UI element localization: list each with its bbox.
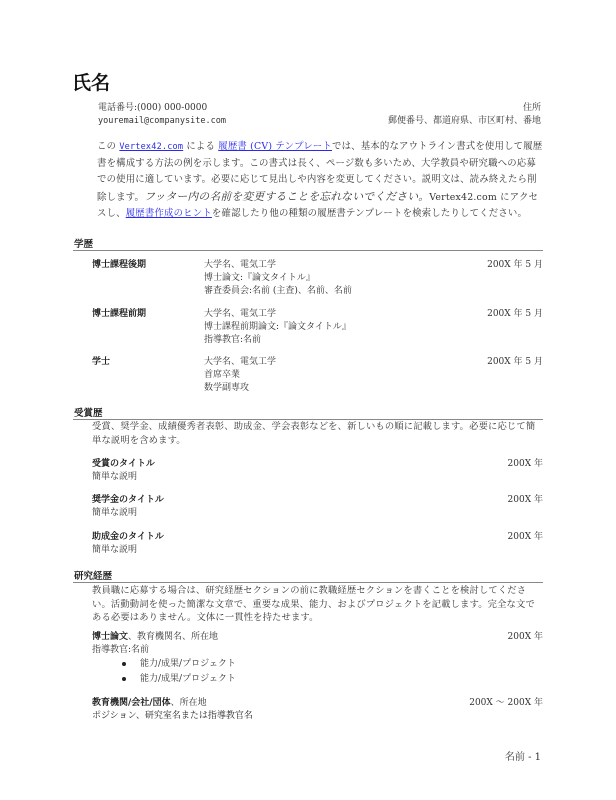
degree-label: 博士課程後期 bbox=[92, 259, 146, 272]
award-title: 奨学金のタイトル bbox=[92, 494, 543, 507]
contact-right: 住所 郵便番号、都道府県、市区町村、番地 bbox=[388, 102, 541, 128]
section-title-awards: 受賞歴 bbox=[74, 405, 103, 419]
award-item: 受賞のタイトル 簡単な説明 200X 年 bbox=[92, 458, 543, 484]
intro-italic-note: フッター内の名前を変更することを忘れないでください。 bbox=[144, 190, 429, 203]
award-date: 200X 年 bbox=[508, 494, 543, 507]
degree-date: 200X 年 5 月 bbox=[487, 308, 543, 321]
section-rule bbox=[73, 582, 543, 583]
research-advisor: 指導教官:名前 bbox=[92, 644, 543, 657]
degree-details: 大学名、電気工学 首席卒業 数学副専攻 bbox=[204, 356, 276, 395]
degree-details: 大学名、電気工学 博士課程前期論文:『論文タイトル』 指導教官:名前 bbox=[204, 308, 351, 347]
detail-line: 博士論文:『論文タイトル』 bbox=[204, 272, 352, 285]
address-label: 住所 bbox=[388, 102, 541, 115]
research-item: 博士論文、教育機関名、所在地 指導教官:名前 能力/成果/プロジェクト 能力/成… bbox=[92, 631, 543, 687]
degree-date: 200X 年 5 月 bbox=[487, 259, 543, 272]
section-title-education: 学歴 bbox=[74, 236, 93, 250]
research-date: 200X ～ 200X 年 bbox=[469, 697, 543, 710]
detail-line: 数学副専攻 bbox=[204, 382, 276, 395]
award-date: 200X 年 bbox=[508, 458, 543, 471]
research-date: 200X 年 bbox=[508, 631, 543, 644]
detail-line: 審査委員会:名前 (主査)、名前、名前 bbox=[204, 285, 352, 298]
intro-paragraph: この Vertex42.com による 履歴書 (CV) テンプレートでは、基本… bbox=[97, 139, 543, 223]
detail-line: 大学名、電気工学 bbox=[204, 308, 351, 321]
phone: 電話番号:(000) 000-0000 bbox=[98, 102, 226, 115]
award-date: 200X 年 bbox=[508, 531, 543, 544]
resume-page: 氏名 電話番号:(000) 000-0000 youremail@company… bbox=[0, 0, 616, 800]
detail-line: 大学名、電気工学 bbox=[204, 356, 276, 369]
award-desc: 簡単な説明 bbox=[92, 507, 543, 520]
award-title: 受賞のタイトル bbox=[92, 458, 543, 471]
intro-text: による bbox=[183, 141, 218, 152]
award-desc: 簡単な説明 bbox=[92, 471, 543, 484]
detail-line: 大学名、電気工学 bbox=[204, 259, 352, 272]
research-bullets: 能力/成果/プロジェクト 能力/成果/プロジェクト bbox=[92, 657, 543, 687]
section-title-research: 研究経歴 bbox=[74, 568, 112, 582]
awards-description: 受賞、奨学金、成績優秀者表彰、助成金、学会表彰などを、新しいもの順に記載します。… bbox=[92, 420, 544, 447]
cv-template-link[interactable]: 履歴書 (CV) テンプレート bbox=[218, 141, 332, 152]
detail-line: 博士課程前期論文:『論文タイトル』 bbox=[204, 321, 351, 334]
section-rule bbox=[73, 250, 543, 251]
contact-left: 電話番号:(000) 000-0000 youremail@companysit… bbox=[98, 102, 226, 128]
address: 郵便番号、都道府県、市区町村、番地 bbox=[388, 115, 541, 128]
applicant-name: 氏名 bbox=[72, 68, 110, 95]
degree-date: 200X 年 5 月 bbox=[487, 356, 543, 369]
degree-label: 学士 bbox=[92, 356, 110, 369]
page-footer: 名前 - 1 bbox=[505, 748, 541, 763]
resume-tips-link[interactable]: 履歴書作成のヒント bbox=[126, 208, 212, 219]
award-title: 助成金のタイトル bbox=[92, 531, 543, 544]
award-item: 助成金のタイトル 簡単な説明 200X 年 bbox=[92, 531, 543, 557]
research-institution: 、教育機関名、所在地 bbox=[128, 632, 218, 642]
detail-line: 指導教官:名前 bbox=[204, 334, 351, 347]
vertex42-link[interactable]: Vertex42.com bbox=[119, 142, 183, 152]
research-title: 博士論文 bbox=[92, 632, 128, 642]
intro-text: この bbox=[97, 141, 119, 152]
research-location: 、所在地 bbox=[171, 698, 207, 708]
award-item: 奨学金のタイトル 簡単な説明 200X 年 bbox=[92, 494, 543, 520]
degree-details: 大学名、電気工学 博士論文:『論文タイトル』 審査委員会:名前 (主査)、名前、… bbox=[204, 259, 352, 298]
detail-line: 首席卒業 bbox=[204, 369, 276, 382]
award-desc: 簡単な説明 bbox=[92, 544, 543, 557]
degree-label: 博士課程前期 bbox=[92, 308, 146, 321]
email: youremail@companysite.com bbox=[98, 115, 226, 128]
research-title: 教育機関/会社/団体 bbox=[92, 698, 171, 708]
bullet-item: 能力/成果/プロジェクト bbox=[122, 657, 543, 672]
intro-text: を確認したり他の種類の履歴書テンプレートを検索したりしてください。 bbox=[212, 208, 527, 219]
bullet-item: 能力/成果/プロジェクト bbox=[122, 672, 543, 687]
research-position: ポジション、研究室名または指導教官名 bbox=[92, 710, 543, 723]
research-description: 教員職に応募する場合は、研究経歴セクションの前に教職経歴セクションを書くことを検… bbox=[92, 584, 544, 625]
research-item: 教育機関/会社/団体、所在地 ポジション、研究室名または指導教官名 200X ～… bbox=[92, 697, 543, 723]
